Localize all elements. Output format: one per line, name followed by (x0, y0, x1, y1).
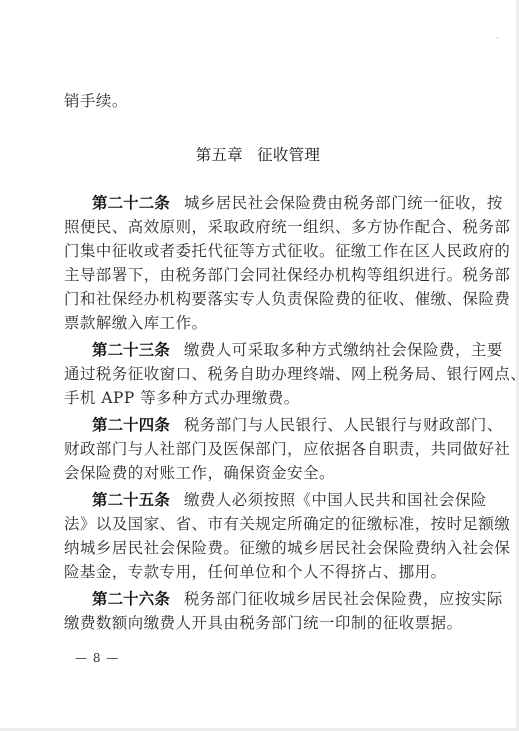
article-label: 第二十四条 (92, 416, 170, 434)
article-22-line-3: 门集中征收或者委托代征等方式征收。征缴工作在区人民政府的 (64, 242, 464, 260)
article-24-line-1: 第二十四条税务部门与人民银行、人民银行与财政部门、 (64, 416, 492, 434)
article-label: 第二十二条 (92, 194, 170, 212)
article-label: 第二十五条 (92, 491, 170, 509)
previous-section-tail: 销手续。 (64, 92, 464, 110)
article-25-line-1: 第二十五条缴费人必须按照《中国人民共和国社会保险 (64, 491, 492, 509)
chapter-number: 第五章 (196, 146, 243, 164)
article-22-line-4: 主导部署下，由税务部门会同社保经办机构等组织进行。税务部 (64, 266, 464, 284)
article-25-line-2: 法》以及国家、省、市有关规定所确定的征缴标准，按时足额缴 (64, 515, 464, 533)
article-label: 第二十三条 (92, 341, 170, 359)
article-24-line-2: 财政部门与人社部门及医保部门，应依据各自职责，共同做好社 (64, 440, 464, 458)
scan-speck (497, 37, 498, 39)
article-23-line-3: 手机 APP 等多种方式办理缴费。 (64, 389, 464, 407)
article-25-line-4: 险基金，专款专用，任何单位和个人不得挤占、挪用。 (64, 563, 464, 581)
article-22-line-1: 第二十二条城乡居民社会保险费由税务部门统一征收，按 (64, 194, 492, 212)
article-22-line-6: 票款解缴入库工作。 (64, 314, 464, 332)
article-label: 第二十六条 (92, 590, 170, 608)
article-25-line-3: 纳城乡居民社会保险费。征缴的城乡居民社会保险费纳入社会保 (64, 539, 464, 557)
article-23-line-1: 第二十三条缴费人可采取多种方式缴纳社会保险费，主要 (64, 341, 492, 359)
chapter-title: 征收管理 (257, 146, 320, 164)
chapter-heading: 第五章征收管理 (0, 146, 516, 164)
article-24-line-3: 会保险费的对账工作，确保资金安全。 (64, 464, 464, 482)
article-22-line-5: 门和社保经办机构要落实专人负责保险费的征收、催缴、保险费 (64, 290, 464, 308)
article-23-line-2: 通过税务征收窗口、税务自助办理终端、网上税务局、银行网点、 (64, 365, 464, 383)
article-22-line-2: 照便民、高效原则，采取政府统一组织、多方协作配合、税务部 (64, 218, 464, 236)
article-26-line-1: 第二十六条税务部门征收城乡居民社会保险费，应按实际 (64, 590, 492, 608)
page-number: — 8 — (75, 651, 119, 665)
article-26-line-2: 缴费数额向缴费人开具由税务部门统一印制的征收票据。 (64, 614, 464, 632)
document-page: 销手续。 第五章征收管理 第二十二条城乡居民社会保险费由税务部门统一征收，按 照… (0, 0, 516, 728)
